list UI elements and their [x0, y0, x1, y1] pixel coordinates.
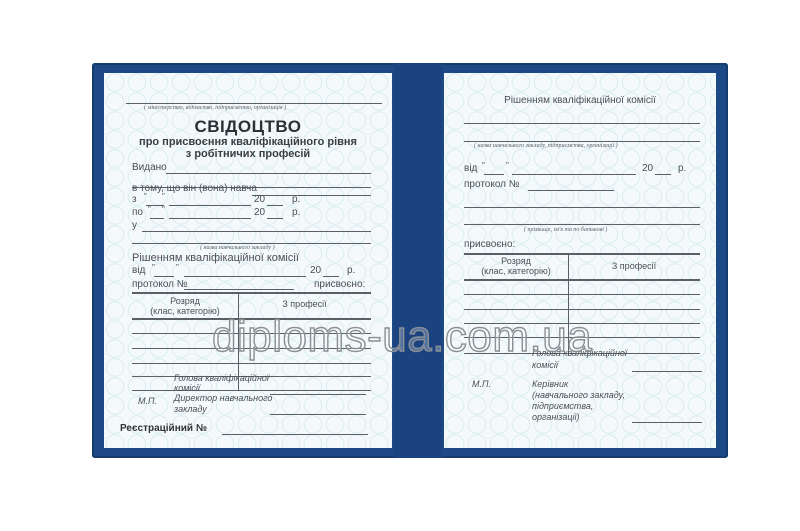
date-year-prefix: 20 [642, 163, 653, 174]
table-header-border [464, 279, 700, 281]
decision-year-field[interactable] [323, 276, 339, 277]
right-page: Рішенням кваліфікаційної комісії ( назва… [444, 73, 716, 448]
decision-year-prefix: 20 [310, 265, 321, 276]
org-caption: ( міністерство, відомство, підприємство,… [144, 105, 286, 111]
certificate-title: СВІДОЦТВО [104, 117, 392, 137]
table-row-line[interactable] [464, 309, 700, 310]
to-label: по [132, 207, 143, 218]
org-caption: ( назва навчального закладу, підприємств… [474, 143, 618, 149]
quote-mark: " [162, 192, 165, 201]
left-page: ( міністерство, відомство, підприємство,… [104, 73, 392, 448]
decision-month-field[interactable] [184, 276, 306, 277]
chair-signature-line[interactable] [632, 371, 702, 372]
registration-field[interactable] [222, 434, 368, 435]
subtitle-line2: з робітничих професій [104, 148, 392, 160]
school-caption: ( назва навчального закладу ) [200, 245, 275, 251]
date-month-field[interactable] [512, 174, 636, 175]
org-field-1[interactable] [464, 123, 700, 124]
table-row-line[interactable] [464, 294, 700, 295]
protocol-field[interactable] [184, 289, 294, 290]
decision-year-suffix: р. [347, 265, 355, 276]
from-year-suffix: р. [292, 194, 300, 205]
rank-header-1: Розряд [464, 256, 568, 266]
date-day-field[interactable] [484, 174, 504, 175]
org-line [126, 103, 382, 104]
to-day-field[interactable] [150, 218, 164, 219]
head-label-3: підприємства, [532, 401, 593, 411]
date-label: від [132, 265, 145, 276]
decision-label: Рішенням кваліфікаційної комісії [132, 252, 299, 264]
from-year-prefix: 20 [254, 194, 265, 205]
table-bottom-line [132, 390, 371, 391]
head-label-1: Керівник [532, 379, 568, 389]
date-year-field[interactable] [655, 174, 671, 175]
director-label-1: Директор навчального [174, 393, 272, 403]
quote-mark: " [144, 192, 147, 201]
quote-mark: " [482, 161, 485, 170]
school-field-2[interactable] [132, 243, 371, 244]
protocol-field[interactable] [528, 190, 614, 191]
profession-header: З професії [568, 261, 700, 271]
quote-mark: " [148, 205, 151, 214]
date-year-suffix: р. [678, 163, 686, 174]
from-month-field[interactable] [169, 205, 251, 206]
quote-mark: " [176, 263, 179, 272]
to-month-field[interactable] [169, 218, 251, 219]
quote-mark: " [152, 263, 155, 272]
table-top-border [464, 253, 700, 255]
school-field[interactable] [142, 231, 371, 232]
table-top-border [132, 292, 371, 294]
head-label-4: організації) [532, 412, 580, 422]
studied-label: в тому, що він (вона) навча [132, 183, 257, 194]
director-label-2: закладу [174, 404, 207, 414]
name-caption: ( прізвище, ім'я та по батькові ) [524, 227, 607, 233]
decision-label: Рішенням кваліфікаційної комісії [444, 95, 716, 106]
from-label: з [132, 194, 137, 205]
watermark-text: diploms-ua.com.ua [212, 312, 592, 362]
studied-field[interactable] [252, 195, 371, 196]
chair-label-2: комісії [174, 383, 200, 393]
decision-day-field[interactable] [154, 276, 174, 277]
table-row-line[interactable] [132, 363, 371, 364]
booklet-spine [394, 63, 442, 458]
director-signature-line[interactable] [270, 414, 366, 415]
name-field-1[interactable] [464, 207, 700, 208]
stamp-label: М.П. [138, 396, 157, 406]
chair-signature-line[interactable] [270, 394, 366, 395]
issued-label: Видано [132, 162, 167, 173]
org-field-2[interactable] [464, 141, 700, 142]
assigned-label: присвоєно: [464, 239, 515, 250]
to-year-field[interactable] [267, 218, 283, 219]
name-field-2[interactable] [464, 224, 700, 225]
issued-field[interactable] [166, 173, 371, 174]
registration-label: Реєстраційний № [120, 423, 207, 434]
from-year-field[interactable] [267, 205, 283, 206]
head-label-2: (навчального закладу, [532, 390, 625, 400]
date-label: від [464, 163, 477, 174]
assigned-label: присвоєно: [314, 279, 365, 290]
to-year-prefix: 20 [254, 207, 265, 218]
head-signature-line[interactable] [632, 422, 702, 423]
stamp-label: М.П. [472, 379, 491, 389]
quote-mark: " [162, 205, 165, 214]
quote-mark: " [506, 161, 509, 170]
chair-label-1: Голова кваліфікаційної [174, 373, 269, 383]
protocol-label: протокол № [464, 179, 520, 190]
at-label: у [132, 220, 137, 231]
profession-header: З професії [238, 299, 371, 309]
rank-header-1: Розряд [132, 296, 238, 306]
protocol-label: протокол № [132, 279, 188, 290]
to-year-suffix: р. [292, 207, 300, 218]
rank-header-2: (клас, категорію) [464, 266, 568, 276]
subtitle-line1: про присвоєння кваліфікаційного рівня [104, 136, 392, 148]
